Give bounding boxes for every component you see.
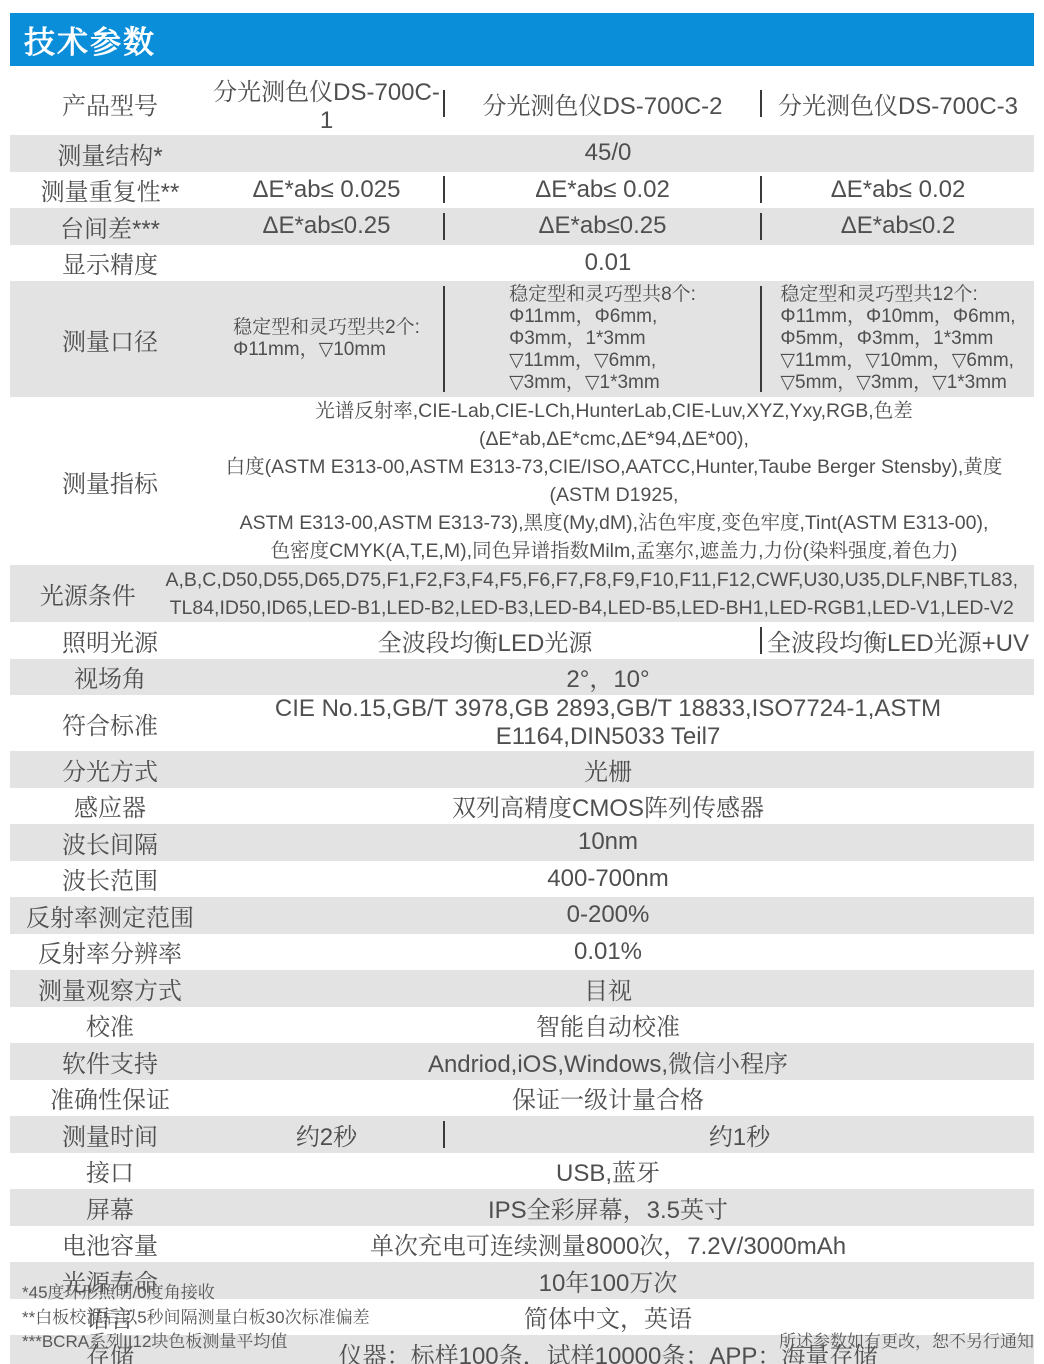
illuminant-line: A,B,C,D50,D55,D65,D75,F1,F2,F3,F4,F5,F6,… — [165, 566, 1018, 594]
spec-row-illuminants: 光源条件 A,B,C,D50,D55,D65,D75,F1,F2,F3,F4,F… — [10, 565, 1034, 622]
value-cell: 双列高精度CMOS阵列传感器 — [210, 788, 1034, 825]
spec-row-product-model: 产品型号 分光测色仪DS-700C-1 分光测色仪DS-700C-2 分光测色仪… — [10, 72, 1034, 135]
value-cell: CIE No.15,GB/T 3978,GB 2893,GB/T 18833,I… — [210, 695, 1034, 751]
footnote-3: ***BCRA系列II12块色板测量平均值 — [22, 1330, 287, 1355]
value-cell: 稳定型和灵巧型共8个: Φ11mm，Φ6mm, Φ3mm，1*3mm ▽11mm… — [445, 281, 760, 397]
value-cell: 保证一级计量合格 — [210, 1080, 1034, 1117]
spec-row-wavelength-interval: 波长间隔 10nm — [10, 824, 1034, 861]
metrics-line: 白度(ASTM E313-00,ASTM E313-73,CIE/ISO,AAT… — [210, 453, 1018, 509]
spec-row-measure-time: 测量时间 约2秒 约1秒 — [10, 1116, 1034, 1153]
spec-row-geometry: 测量结构* 45/0 — [10, 135, 1034, 172]
row-label: 产品型号 — [10, 72, 210, 135]
row-label: 波长范围 — [10, 861, 210, 898]
row-label: 测量口径 — [10, 281, 210, 397]
spec-row-dispersion: 分光方式 光栅 — [10, 751, 1034, 788]
disclaimer: 所述参数如有更改，恕不另行通知 — [779, 1330, 1034, 1355]
value-cell: ΔE*ab≤0.2 — [762, 208, 1034, 245]
row-label: 屏幕 — [10, 1189, 210, 1226]
value-cell: 约1秒 — [445, 1116, 1034, 1153]
row-label: 显示精度 — [10, 245, 210, 282]
aperture-line: Φ11mm，Φ6mm, — [509, 306, 696, 328]
value-cell: 400-700nm — [210, 861, 1034, 898]
spec-row-viewing-mode: 测量观察方式 目视 — [10, 970, 1034, 1007]
value-cell: 2°，10° — [210, 659, 1034, 696]
row-label: 台间差*** — [10, 208, 210, 245]
value-cell: ΔE*ab≤ 0.025 — [210, 172, 443, 209]
value-cell: 全波段均衡LED光源 — [210, 622, 760, 659]
row-label: 波长间隔 — [10, 824, 210, 861]
aperture-line: Φ11mm，Φ10mm，Φ6mm, — [780, 306, 1015, 328]
row-label: 测量结构* — [10, 135, 210, 172]
spec-row-observer-angle: 视场角 2°，10° — [10, 659, 1034, 696]
spec-row-reflectance-range: 反射率测定范围 0-200% — [10, 897, 1034, 934]
metrics-line: 色密度CMYK(A,T,E,M),同色异谱指数Milm,孟塞尔,遮盖力,力份(染… — [271, 537, 958, 565]
value-cell: ΔE*ab≤0.25 — [210, 208, 443, 245]
aperture-line: ▽5mm，▽3mm，▽1*3mm — [780, 372, 1015, 394]
row-label: 分光方式 — [10, 751, 210, 788]
value-cell: USB,蓝牙 — [210, 1153, 1034, 1190]
footnote-1: *45度环形照明/0度角接收 — [22, 1281, 1034, 1306]
spec-row-display-precision: 显示精度 0.01 — [10, 245, 1034, 282]
value-cell: 智能自动校准 — [210, 1007, 1034, 1044]
aperture-line: ▽11mm，▽6mm, — [509, 350, 696, 372]
value-cell: 45/0 — [210, 135, 1034, 172]
value-cell: 0.01 — [210, 245, 1034, 282]
row-label: 测量观察方式 — [10, 970, 210, 1007]
row-label: 视场角 — [10, 659, 210, 696]
row-label: 接口 — [10, 1153, 210, 1190]
row-label: 反射率测定范围 — [10, 897, 210, 934]
value-cell: Andriod,iOS,Windows,微信小程序 — [210, 1043, 1034, 1080]
section-title: 技术参数 — [24, 17, 156, 62]
spec-row-metrics: 测量指标 光谱反射率,CIE-Lab,CIE-LCh,HunterLab,CIE… — [10, 397, 1034, 565]
value-cell: 单次充电可连续测量8000次，7.2V/3000mAh — [210, 1226, 1034, 1263]
aperture-line: Φ3mm，1*3mm — [509, 328, 696, 350]
aperture-line: 稳定型和灵巧型共2个: — [233, 317, 420, 339]
row-label: 反射率分辨率 — [10, 934, 210, 971]
value-cell: 0-200% — [210, 897, 1034, 934]
aperture-line: ▽3mm，▽1*3mm — [509, 372, 696, 394]
spec-row-sensor: 感应器 双列高精度CMOS阵列传感器 — [10, 788, 1034, 825]
spec-row-wavelength-range: 波长范围 400-700nm — [10, 861, 1034, 898]
row-label: 照明光源 — [10, 622, 210, 659]
row-label: 校准 — [10, 1007, 210, 1044]
value-cell: 稳定型和灵巧型共12个: Φ11mm，Φ10mm，Φ6mm, Φ5mm，Φ3mm… — [762, 281, 1034, 397]
value-cell: 光栅 — [210, 751, 1034, 788]
spec-row-interface: 接口 USB,蓝牙 — [10, 1153, 1034, 1190]
spec-row-accuracy: 准确性保证 保证一级计量合格 — [10, 1080, 1034, 1117]
aperture-line: 稳定型和灵巧型共8个: — [509, 284, 696, 306]
aperture-list: 稳定型和灵巧型共8个: Φ11mm，Φ6mm, Φ3mm，1*3mm ▽11mm… — [509, 284, 696, 394]
footnotes: *45度环形照明/0度角接收 **白板校准后以5秒间隔测量白板30次标准偏差 *… — [22, 1281, 1034, 1355]
section-title-bar: 技术参数 — [10, 13, 1034, 66]
row-label: 光源条件 — [10, 565, 165, 622]
value-cell: 0.01% — [210, 934, 1034, 971]
row-label: 符合标准 — [10, 695, 210, 751]
value-cell: 分光测色仪DS-700C-2 — [445, 72, 760, 135]
aperture-line: Φ5mm，Φ3mm，1*3mm — [780, 328, 1015, 350]
metrics-line: ASTM E313-00,ASTM E313-73),黑度(My,dM),沾色牢… — [240, 509, 989, 537]
value-cell: 稳定型和灵巧型共2个: Φ11mm，▽10mm — [210, 281, 443, 397]
value-cell: ΔE*ab≤ 0.02 — [762, 172, 1034, 209]
aperture-line: ▽11mm，▽10mm，▽6mm, — [780, 350, 1015, 372]
value-cell: 分光测色仪DS-700C-1 — [210, 72, 443, 135]
spec-row-battery: 电池容量 单次充电可连续测量8000次，7.2V/3000mAh — [10, 1226, 1034, 1263]
spec-row-light-source: 照明光源 全波段均衡LED光源 全波段均衡LED光源+UV — [10, 622, 1034, 659]
value-cell: 10nm — [210, 824, 1034, 861]
footnote-2: **白板校准后以5秒间隔测量白板30次标准偏差 — [22, 1306, 1034, 1331]
aperture-line: 稳定型和灵巧型共12个: — [780, 284, 1015, 306]
spec-row-inter-instrument: 台间差*** ΔE*ab≤0.25 ΔE*ab≤0.25 ΔE*ab≤0.2 — [10, 208, 1034, 245]
spec-row-reflectance-resolution: 反射率分辨率 0.01% — [10, 934, 1034, 971]
spec-row-screen: 屏幕 IPS全彩屏幕，3.5英寸 — [10, 1189, 1034, 1226]
row-label: 感应器 — [10, 788, 210, 825]
row-label: 电池容量 — [10, 1226, 210, 1263]
aperture-list: 稳定型和灵巧型共12个: Φ11mm，Φ10mm，Φ6mm, Φ5mm，Φ3mm… — [780, 284, 1015, 394]
aperture-list: 稳定型和灵巧型共2个: Φ11mm，▽10mm — [233, 317, 420, 361]
value-cell: ΔE*ab≤ 0.02 — [445, 172, 760, 209]
value-cell: 分光测色仪DS-700C-3 — [762, 72, 1034, 135]
row-label: 软件支持 — [10, 1043, 210, 1080]
spec-row-repeatability: 测量重复性** ΔE*ab≤ 0.025 ΔE*ab≤ 0.02 ΔE*ab≤ … — [10, 172, 1034, 209]
spec-table: 产品型号 分光测色仪DS-700C-1 分光测色仪DS-700C-2 分光测色仪… — [10, 72, 1034, 1364]
spec-row-standards: 符合标准 CIE No.15,GB/T 3978,GB 2893,GB/T 18… — [10, 695, 1034, 751]
row-label: 准确性保证 — [10, 1080, 210, 1117]
value-cell: 目视 — [210, 970, 1034, 1007]
spec-sheet-page: 技术参数 产品型号 分光测色仪DS-700C-1 分光测色仪DS-700C-2 … — [0, 0, 1044, 1364]
row-label: 测量指标 — [10, 397, 210, 565]
spec-row-software: 软件支持 Andriod,iOS,Windows,微信小程序 — [10, 1043, 1034, 1080]
value-cell: 约2秒 — [210, 1116, 443, 1153]
value-cell: 光谱反射率,CIE-Lab,CIE-LCh,HunterLab,CIE-Luv,… — [210, 397, 1034, 565]
value-cell: IPS全彩屏幕，3.5英寸 — [210, 1189, 1034, 1226]
row-label: 测量时间 — [10, 1116, 210, 1153]
value-cell: ΔE*ab≤0.25 — [445, 208, 760, 245]
aperture-line: Φ11mm，▽10mm — [233, 339, 420, 361]
value-cell: 全波段均衡LED光源+UV — [762, 622, 1034, 659]
illuminant-line: TL84,ID50,ID65,LED-B1,LED-B2,LED-B3,LED-… — [170, 594, 1014, 622]
footnote-row: ***BCRA系列II12块色板测量平均值 所述参数如有更改，恕不另行通知 — [22, 1330, 1034, 1355]
spec-row-calibration: 校准 智能自动校准 — [10, 1007, 1034, 1044]
row-label: 测量重复性** — [10, 172, 210, 209]
metrics-line: 光谱反射率,CIE-Lab,CIE-LCh,HunterLab,CIE-Luv,… — [210, 397, 1018, 453]
value-cell: A,B,C,D50,D55,D65,D75,F1,F2,F3,F4,F5,F6,… — [165, 565, 1034, 622]
spec-row-aperture: 测量口径 稳定型和灵巧型共2个: Φ11mm，▽10mm 稳定型和灵巧型共8个:… — [10, 281, 1034, 397]
